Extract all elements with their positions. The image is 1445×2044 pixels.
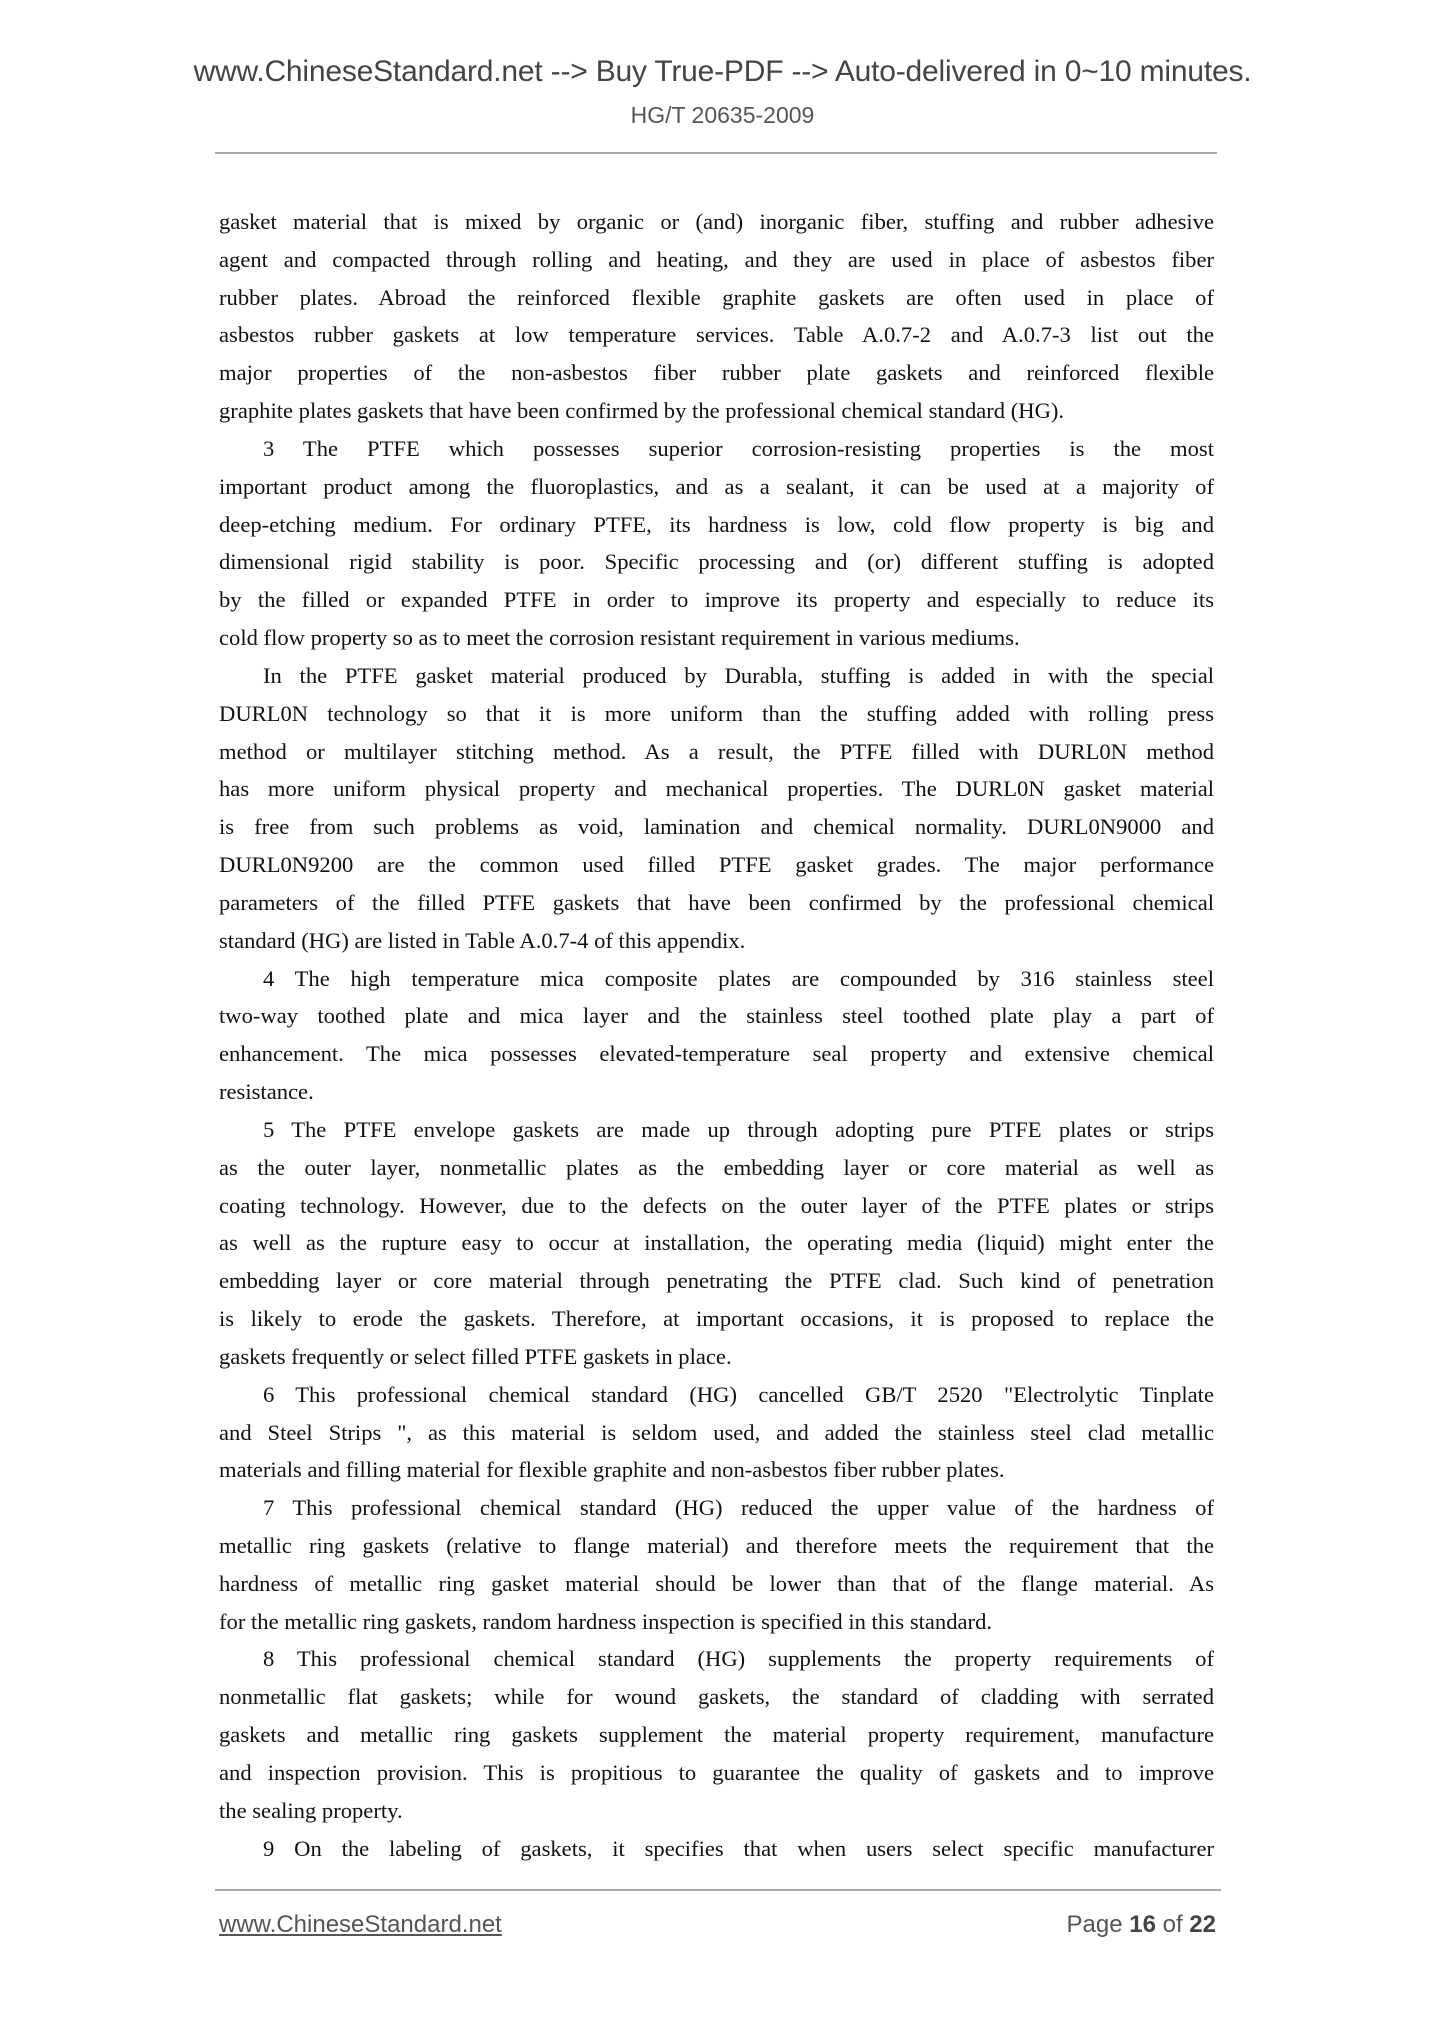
text-line: parameters of the filled PTFE gaskets th… [219, 884, 1214, 922]
text-line: major properties of the non-asbestos fib… [219, 354, 1214, 392]
text-line: resistance. [219, 1073, 1214, 1111]
text-line: 5 The PTFE envelope gaskets are made up … [219, 1111, 1214, 1149]
text-line: gaskets frequently or select filled PTFE… [219, 1338, 1214, 1376]
text-line: hardness of metallic ring gasket materia… [219, 1565, 1214, 1603]
text-line: DURL0N9200 are the common used filled PT… [219, 846, 1214, 884]
page-current: 16 [1129, 1911, 1156, 1938]
text-line: 7 This professional chemical standard (H… [219, 1489, 1214, 1527]
page-label: Page [1067, 1911, 1123, 1938]
page-of: of [1163, 1911, 1183, 1938]
text-line: 8 This professional chemical standard (H… [219, 1640, 1214, 1678]
page-indicator: Page 16 of 22 [1067, 1911, 1217, 1939]
paragraph: 8 This professional chemical standard (H… [219, 1640, 1214, 1829]
text-line: embedding layer or core material through… [219, 1262, 1214, 1300]
text-line: dimensional rigid stability is poor. Spe… [219, 543, 1214, 581]
text-line: deep-etching medium. For ordinary PTFE, … [219, 506, 1214, 544]
header-divider [215, 152, 1217, 154]
text-line: 3 The PTFE which possesses superior corr… [219, 430, 1214, 468]
text-line: is free from such problems as void, lami… [219, 808, 1214, 846]
page-total: 22 [1189, 1911, 1216, 1938]
text-line: 4 The high temperature mica composite pl… [219, 960, 1214, 998]
paragraph: 9 On the labeling of gaskets, it specifi… [219, 1830, 1214, 1868]
text-line: materials and filling material for flexi… [219, 1451, 1214, 1489]
text-line: two-way toothed plate and mica layer and… [219, 997, 1214, 1035]
footer-website-link[interactable]: www.ChineseStandard.net [219, 1911, 502, 1939]
standard-code: HG/T 20635-2009 [0, 102, 1445, 129]
text-line: nonmetallic flat gaskets; while for woun… [219, 1678, 1214, 1716]
header-banner-title: www.ChineseStandard.net --> Buy True-PDF… [0, 55, 1445, 89]
document-body: gasket material that is mixed by organic… [219, 203, 1214, 1867]
text-line: asbestos rubber gaskets at low temperatu… [219, 316, 1214, 354]
text-line: gasket material that is mixed by organic… [219, 203, 1214, 241]
text-line: by the filled or expanded PTFE in order … [219, 581, 1214, 619]
paragraph: 4 The high temperature mica composite pl… [219, 960, 1214, 1111]
paragraph: 7 This professional chemical standard (H… [219, 1489, 1214, 1640]
paragraph: 3 The PTFE which possesses superior corr… [219, 430, 1214, 657]
text-line: method or multilayer stitching method. A… [219, 733, 1214, 771]
text-line: agent and compacted through rolling and … [219, 241, 1214, 279]
text-line: 6 This professional chemical standard (H… [219, 1376, 1214, 1414]
paragraph: In the PTFE gasket material produced by … [219, 657, 1214, 960]
text-line: In the PTFE gasket material produced by … [219, 657, 1214, 695]
text-line: graphite plates gaskets that have been c… [219, 392, 1214, 430]
paragraph: 5 The PTFE envelope gaskets are made up … [219, 1111, 1214, 1376]
text-line: standard (HG) are listed in Table A.0.7-… [219, 922, 1214, 960]
text-line: as the outer layer, nonmetallic plates a… [219, 1149, 1214, 1187]
footer-divider [215, 1889, 1221, 1891]
text-line: and Steel Strips ", as this material is … [219, 1414, 1214, 1452]
text-line: important product among the fluoroplasti… [219, 468, 1214, 506]
text-line: metallic ring gaskets (relative to flang… [219, 1527, 1214, 1565]
text-line: DURL0N technology so that it is more uni… [219, 695, 1214, 733]
paragraph: gasket material that is mixed by organic… [219, 203, 1214, 430]
paragraph: 6 This professional chemical standard (H… [219, 1376, 1214, 1489]
text-line: rubber plates. Abroad the reinforced fle… [219, 279, 1214, 317]
text-line: gaskets and metallic ring gaskets supple… [219, 1716, 1214, 1754]
text-line: cold flow property so as to meet the cor… [219, 619, 1214, 657]
text-line: is likely to erode the gaskets. Therefor… [219, 1300, 1214, 1338]
text-line: the sealing property. [219, 1792, 1214, 1830]
text-line: for the metallic ring gaskets, random ha… [219, 1603, 1214, 1641]
text-line: has more uniform physical property and m… [219, 770, 1214, 808]
text-line: 9 On the labeling of gaskets, it specifi… [219, 1830, 1214, 1868]
text-line: coating technology. However, due to the … [219, 1187, 1214, 1225]
text-line: and inspection provision. This is propit… [219, 1754, 1214, 1792]
text-line: as well as the rupture easy to occur at … [219, 1224, 1214, 1262]
text-line: enhancement. The mica possesses elevated… [219, 1035, 1214, 1073]
